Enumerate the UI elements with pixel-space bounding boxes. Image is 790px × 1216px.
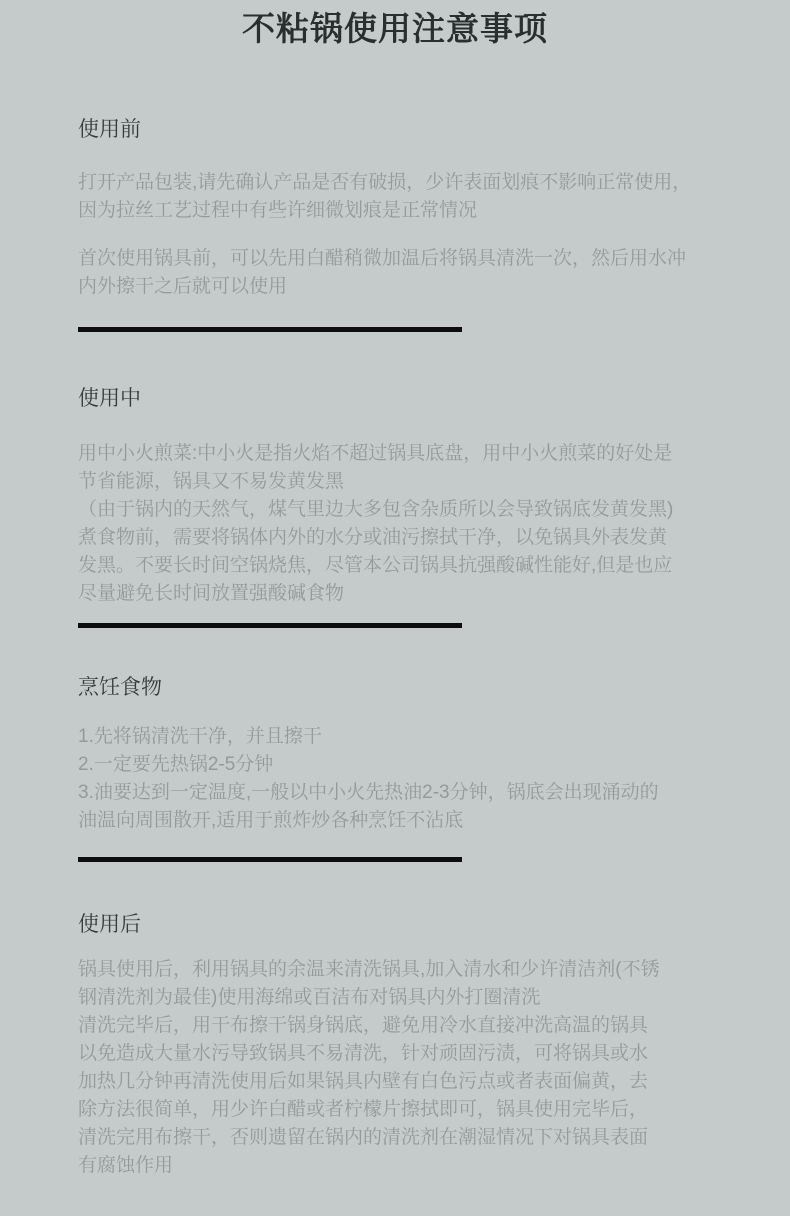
page-title: 不粘锅使用注意事项	[78, 0, 712, 49]
section-heading-before-use: 使用前	[78, 115, 712, 145]
section-divider	[78, 327, 462, 332]
section-paragraph: 首次使用锅具前，可以先用白醋稍微加温后将锅具清洗一次，然后用水冲 内外擦干之后就…	[78, 245, 712, 301]
section-heading-after-use: 使用后	[78, 910, 712, 940]
section-heading-during-use: 使用中	[78, 384, 712, 414]
section-divider	[78, 857, 462, 862]
section-after-use: 使用后 锅具使用后，利用锅具的余温来清洗锅具,加入清水和少许清洁剂(不锈 钢清洗…	[78, 910, 712, 1180]
instruction-page: { "page": { "title": "不粘锅使用注意事项", "color…	[0, 0, 790, 1216]
section-divider	[78, 623, 462, 628]
section-before-use: 使用前 打开产品包装,请先确认产品是否有破损，少许表面划痕不影响正常使用， 因为…	[78, 115, 712, 301]
section-heading-cooking-food: 烹饪食物	[78, 673, 712, 703]
section-during-use: 使用中 用中小火煎菜:中小火是指火焰不超过锅具底盘，用中小火煎菜的好处是 节省能…	[78, 384, 712, 608]
section-paragraph: 用中小火煎菜:中小火是指火焰不超过锅具底盘，用中小火煎菜的好处是 节省能源，锅具…	[78, 440, 712, 608]
section-cooking-food: 烹饪食物 1.先将锅清洗干净，并且擦干 2.一定要先热锅2-5分钟 3.油要达到…	[78, 673, 712, 835]
section-paragraph: 打开产品包装,请先确认产品是否有破损，少许表面划痕不影响正常使用， 因为拉丝工艺…	[78, 169, 712, 225]
section-paragraph: 锅具使用后，利用锅具的余温来清洗锅具,加入清水和少许清洁剂(不锈 钢清洗剂为最佳…	[78, 956, 712, 1180]
section-paragraph: 1.先将锅清洗干净，并且擦干 2.一定要先热锅2-5分钟 3.油要达到一定温度,…	[78, 723, 712, 835]
